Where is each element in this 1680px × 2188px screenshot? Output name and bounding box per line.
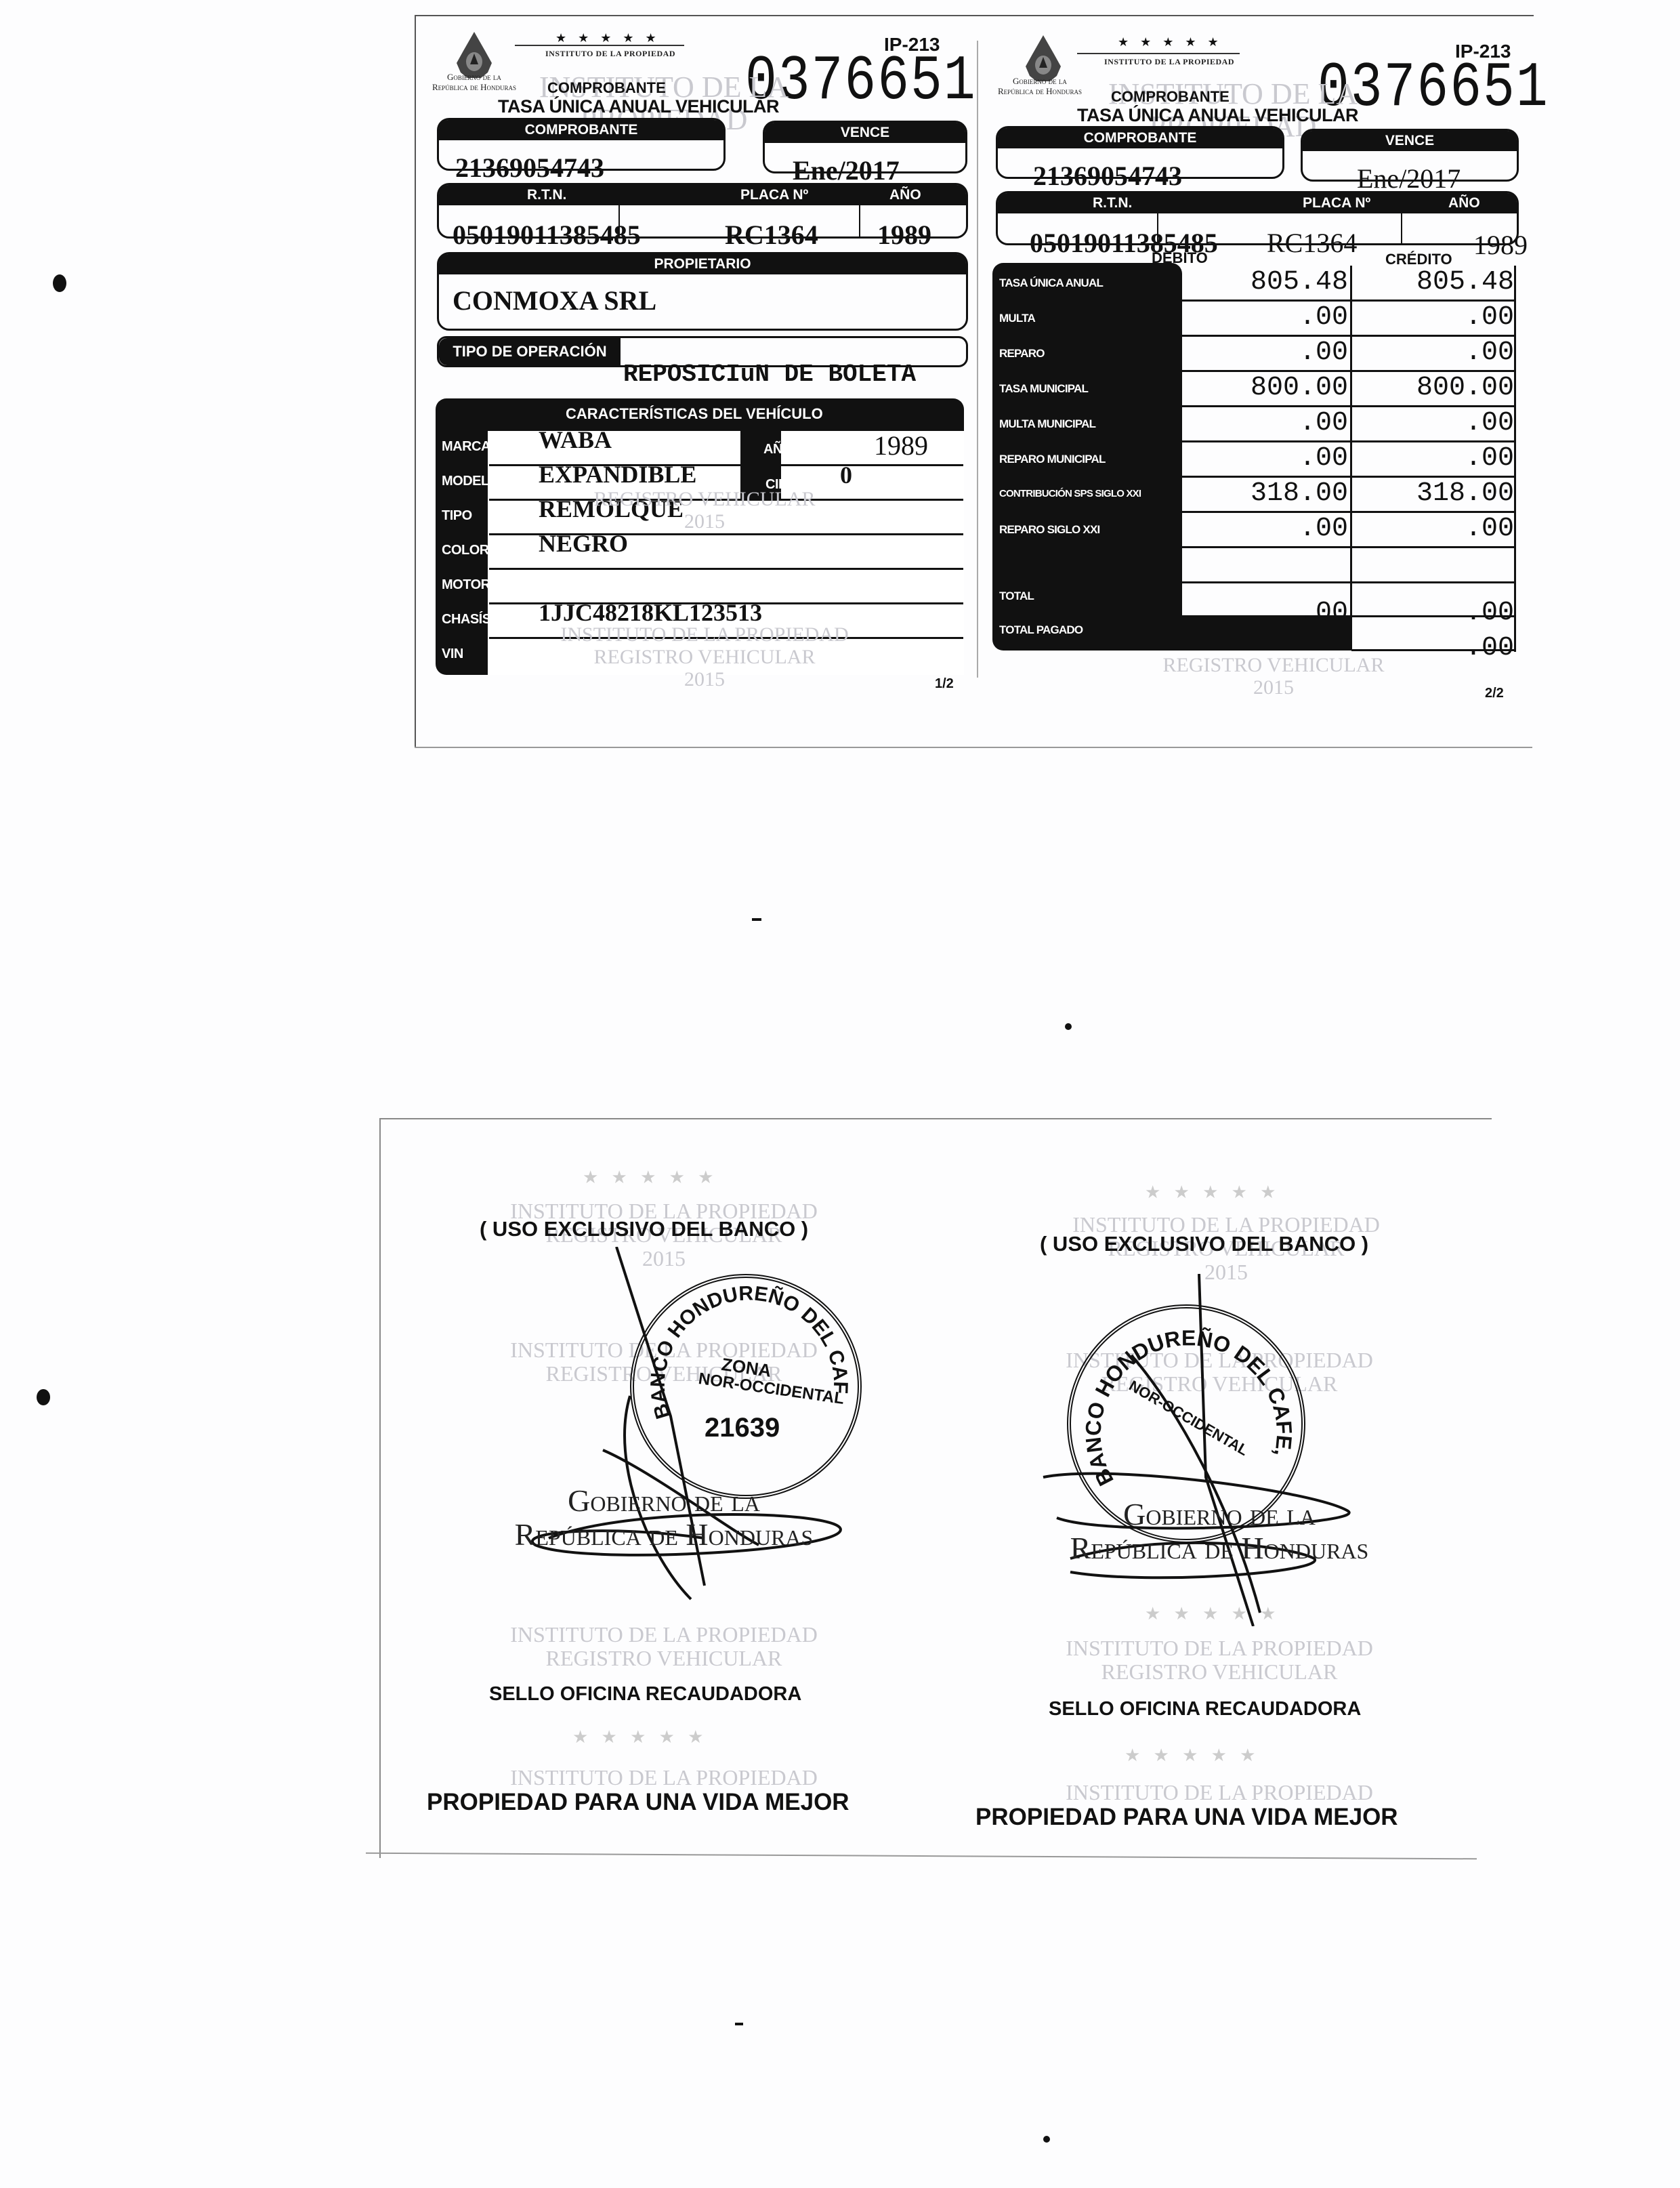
grid-line <box>1182 546 1514 548</box>
charge-credito: .00 <box>1382 408 1514 438</box>
gov-line1: Gobierno de la <box>423 72 525 82</box>
vence-value: Ene/2017 <box>1357 163 1461 194</box>
watermark-stars-icon: ★ ★ ★ ★ ★ <box>572 1727 707 1748</box>
comprobante-label: COMPROBANTE <box>998 128 1282 148</box>
anio-value: 1989 <box>1473 229 1528 261</box>
vehicle-field-label: CHASÍS <box>442 612 491 627</box>
vehicle-field-value: 1JJC48218KL123513 <box>539 598 762 627</box>
vehicle-field-label: MARCA <box>442 439 490 455</box>
grid-line <box>1182 335 1514 337</box>
charge-debito: .00 <box>1219 408 1348 438</box>
operacion-value: REPOSICIuN DE BOLETA <box>623 360 916 388</box>
charge-credito: .00 <box>1382 514 1514 544</box>
column-divider <box>1514 266 1516 652</box>
header-rule <box>1077 53 1240 54</box>
gov-line2: República de Honduras <box>461 1518 867 1552</box>
placa-label: PLACA Nº <box>1303 193 1370 213</box>
collection-office-seal-label: SELLO OFICINA RECAUDADORA <box>489 1683 801 1706</box>
scan-speck <box>37 1389 50 1405</box>
bank-use-title: ( USO EXCLUSIVO DEL BANCO ) <box>1040 1232 1368 1256</box>
grid-line <box>489 568 963 570</box>
placa-label: PLACA Nº <box>740 185 808 205</box>
total-pagado-label: TOTAL PAGADO <box>999 623 1083 637</box>
rtn-label: R.T.N. <box>527 185 566 205</box>
anio-label: AÑO <box>889 185 921 205</box>
header-rule <box>515 45 684 46</box>
watermark-stars-icon: ★ ★ ★ ★ ★ <box>1125 1745 1259 1766</box>
grid-line <box>1182 581 1514 583</box>
charge-label: TASA ÚNICA ANUAL <box>999 276 1103 290</box>
total-label: TOTAL <box>999 590 1034 603</box>
scan-edge-bottom <box>415 747 1532 748</box>
charge-debito: .00 <box>1219 337 1348 368</box>
signature-scribble <box>1030 1274 1409 1626</box>
cil-value: 0 <box>840 461 852 489</box>
placa-value: RC1364 <box>1267 227 1357 259</box>
grid-line <box>1182 511 1514 513</box>
total-pagado-credito: .00 <box>1382 633 1514 663</box>
vence-value: Ene/2017 <box>793 154 900 186</box>
receipt-subtitle: TASA ÚNICA ANUAL VEHICULAR <box>1077 105 1358 126</box>
charge-credito: .00 <box>1382 302 1514 333</box>
scan-speck <box>752 918 761 921</box>
cil-label: CIL. <box>765 477 790 493</box>
charge-debito: .00 <box>1219 514 1348 544</box>
vehicle-field-value: REMOLQUE <box>539 495 684 523</box>
receipt-divider <box>977 41 978 678</box>
watermark-stars-icon: ★ ★ ★ ★ ★ <box>1145 1603 1280 1624</box>
receipt-title: COMPROBANTE <box>547 79 666 97</box>
total-credito: .00 <box>1382 598 1514 628</box>
charge-debito: 800.00 <box>1219 373 1348 403</box>
receipt-subtitle: TASA ÚNICA ANUAL VEHICULAR <box>498 96 779 117</box>
vehicle-year-value: 1989 <box>874 430 928 461</box>
charge-label: REPARO MUNICIPAL <box>999 453 1106 466</box>
grid-line <box>1182 370 1514 372</box>
gov-line2: República de Honduras <box>423 82 525 92</box>
charge-credito: .00 <box>1382 337 1514 368</box>
slogan: PROPIEDAD PARA UNA VIDA MEJOR <box>975 1804 1398 1831</box>
gov-line2: República de Honduras <box>1016 1531 1423 1565</box>
page-indicator: 1/2 <box>935 676 954 692</box>
charge-debito: .00 <box>1219 302 1348 333</box>
grid-line <box>1351 649 1514 651</box>
receipt-title: COMPROBANTE <box>1111 88 1230 106</box>
charge-label: MULTA <box>999 312 1035 325</box>
gov-seal-text: Gobierno de la República de Honduras <box>1016 1498 1423 1565</box>
vehicle-field-label: TIPO <box>442 508 472 524</box>
vehicle-field-label: MODELO <box>442 474 499 489</box>
collection-office-seal-label: SELLO OFICINA RECAUDADORA <box>1049 1698 1361 1720</box>
vehicle-field-value: EXPANDIBLE <box>539 460 696 489</box>
gov-line1: Gobierno de la <box>1016 1498 1423 1531</box>
gov-seal-text: Gobierno de la República de Honduras <box>461 1484 867 1552</box>
vehicle-year-label: AÑO <box>763 442 793 457</box>
comprobante-value: 21369054743 <box>1033 160 1182 192</box>
rtn-label: R.T.N. <box>1093 193 1132 213</box>
watermark-stars-icon: ★ ★ ★ ★ ★ <box>1145 1182 1280 1203</box>
star-row-icon: ★ ★ ★ ★ ★ <box>555 31 660 45</box>
divider <box>859 205 860 236</box>
institute-label: INSTITUTO DE LA PROPIEDAD <box>545 49 675 59</box>
vehicle-field-value: NEGRO <box>539 529 628 558</box>
gov-caption: Gobierno de la República de Honduras <box>989 76 1091 96</box>
comprobante-label: COMPROBANTE <box>439 120 723 140</box>
scan-speck <box>1043 2136 1050 2143</box>
total-debito: .00 <box>1219 598 1348 628</box>
gov-line2: República de Honduras <box>989 86 1091 96</box>
gov-line1: Gobierno de la <box>989 76 1091 86</box>
charge-label: TASA MUNICIPAL <box>999 382 1088 396</box>
star-row-icon: ★ ★ ★ ★ ★ <box>1118 35 1223 49</box>
signature-scribble <box>447 1247 867 1613</box>
operacion-label: TIPO DE OPERACIÓN <box>439 338 621 365</box>
grid-line <box>1182 405 1514 407</box>
charge-debito: 318.00 <box>1219 478 1348 509</box>
grid-line <box>1182 476 1514 478</box>
charge-debito: 805.48 <box>1219 267 1348 297</box>
scan-speck <box>53 274 66 292</box>
charge-credito: .00 <box>1382 443 1514 474</box>
charge-label: CONTRIBUCIÓN SPS SIGLO XXI <box>999 488 1141 499</box>
charge-label: REPARO SIGLO XXI <box>999 523 1099 537</box>
charge-label: MULTA MUNICIPAL <box>999 417 1095 431</box>
page-indicator: 2/2 <box>1485 686 1504 701</box>
slogan: PROPIEDAD PARA UNA VIDA MEJOR <box>427 1789 849 1816</box>
rtn-header: R.T.N. PLACA Nº AÑO <box>998 193 1517 213</box>
rtn-header: R.T.N. PLACA Nº AÑO <box>439 185 966 205</box>
vehicle-field-label: COLOR <box>442 543 489 558</box>
propietario-label: PROPIETARIO <box>439 254 966 274</box>
charge-debito: .00 <box>1219 443 1348 474</box>
grid-line <box>1182 300 1514 302</box>
vehicle-field-label: MOTOR <box>442 577 490 593</box>
comprobante-value: 21369054743 <box>455 152 604 184</box>
rtn-value: 05019011385485 <box>453 219 641 251</box>
placa-value: RC1364 <box>725 219 818 251</box>
gov-line1: Gobierno de la <box>461 1484 867 1518</box>
grid-line <box>489 637 963 639</box>
charge-credito: 800.00 <box>1382 373 1514 403</box>
anio-value: 1989 <box>877 219 931 251</box>
anio-label: AÑO <box>1448 193 1480 213</box>
institute-label: INSTITUTO DE LA PROPIEDAD <box>1104 57 1234 67</box>
charge-label: REPARO <box>999 347 1045 360</box>
vehicle-field-value: WABA <box>539 426 612 454</box>
propietario-value: CONMOXA SRL <box>453 285 656 316</box>
caracteristicas-label: CARACTERÍSTICAS DEL VEHÍCULO <box>566 405 823 423</box>
grid-line <box>1182 440 1514 442</box>
vence-label: VENCE <box>765 123 965 143</box>
charge-credito: 805.48 <box>1382 267 1514 297</box>
column-divider <box>1350 266 1352 651</box>
vence-label: VENCE <box>1303 131 1517 151</box>
grid-line <box>1351 615 1514 617</box>
watermark-stars-icon: ★ ★ ★ ★ ★ <box>583 1167 717 1188</box>
scan-speck <box>1065 1023 1072 1030</box>
bank-use-title: ( USO EXCLUSIVO DEL BANCO ) <box>480 1217 808 1241</box>
vehicle-field-label: VIN <box>442 646 463 662</box>
gov-caption: Gobierno de la República de Honduras <box>423 72 525 92</box>
charge-credito: 318.00 <box>1382 478 1514 509</box>
serial-number: 0376651 <box>745 46 977 118</box>
scan-speck <box>735 2023 743 2025</box>
divider <box>1401 213 1402 243</box>
